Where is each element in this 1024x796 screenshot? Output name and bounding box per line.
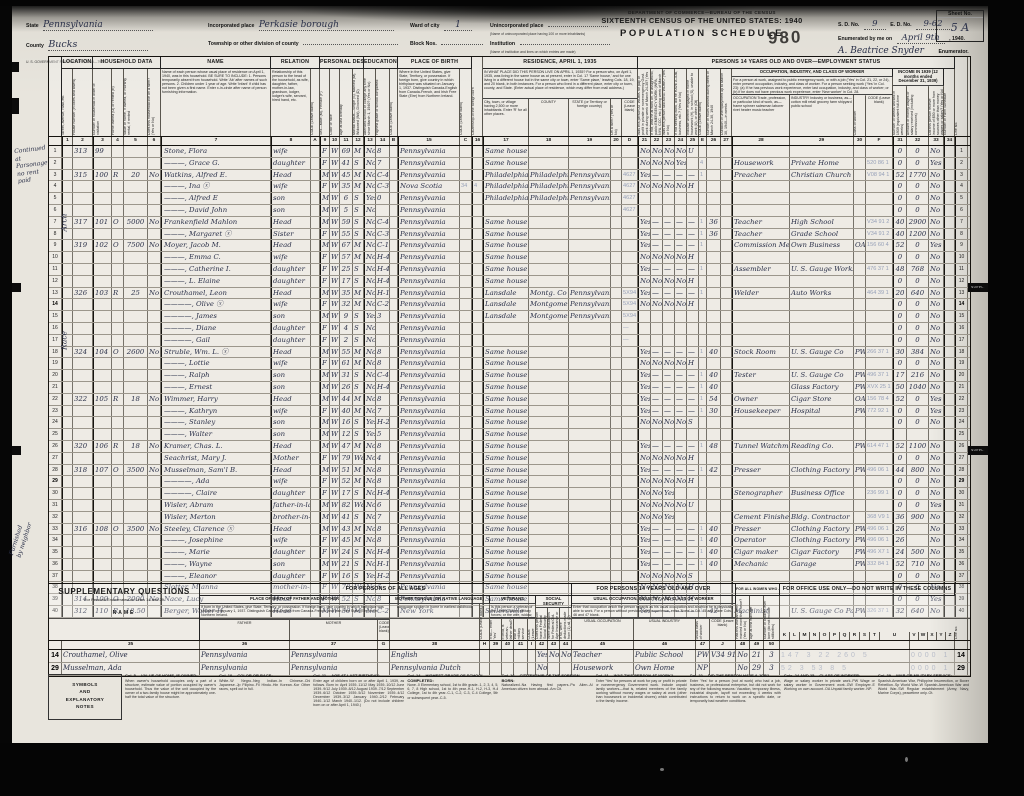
cell-hn: 324 [73,347,93,358]
supp-cell-cg [378,650,390,662]
cell-rn: 22 [955,394,968,405]
cell-nm: Moyer, Jacob M. [161,240,271,251]
cell-sc: No [364,205,376,216]
supp-col-number-ln [49,641,62,649]
cell-cw [854,146,866,157]
cell-r3 [569,335,611,346]
cell-fs [944,535,955,546]
cell-f20 [611,417,622,428]
cell-wk: 0 [893,488,907,499]
cell-k [866,252,893,263]
cell-nm: ———, Emma C. [161,252,271,263]
cell-oi: No [929,181,944,192]
cell-f4: — [675,547,687,558]
cell-ln: 11 [49,264,62,275]
cell-kb [390,217,398,228]
cell-r2 [529,453,569,464]
cell-sc: No [364,240,376,251]
cell-cl: W [330,394,340,405]
cell-r1: Same house [483,146,529,157]
column-note: Sex—Male (M), Female (F) [320,69,330,136]
cell-f3: — [663,394,675,405]
occupation-subcols: OCCUPATION Trade, profession, or particu… [732,95,893,136]
cell-oi: No [929,358,944,369]
cell-f5: H [687,358,699,369]
cell-wk: 0 [893,453,907,464]
column-note: CODE (Leave blank) [460,69,472,136]
cell-ct: 4 [472,181,483,192]
cell-nm: ———, Lottie [161,358,271,369]
cell-ms: S [353,512,364,523]
cell-k [866,453,893,464]
supp-col-number-v3: 41 [514,641,528,649]
cell-fs [944,559,955,570]
cell-kb [390,264,398,275]
cell-or: O [112,347,124,358]
cell-nm: ———, Walter [161,429,271,440]
table-row: 2———, Grace G.daughterFW41SNo7Pennsylvan… [49,158,970,170]
cell-k [866,476,893,487]
cell-or [112,158,124,169]
cell-oi: No [929,229,944,240]
cell-kb [390,299,398,310]
table-row: 6———, David JohnsonMW5SNoPennsylvania462… [49,205,970,217]
cell-r2 [529,323,569,334]
cell-ag: 24 [340,547,353,558]
cell-fm [148,535,161,546]
supp-persons14: FOR PERSONS 14 YEARS OLD AND OVERUSUAL O… [572,584,736,640]
table-row: 35———, MariedaughterFW24SNoH-4Pennsylvan… [49,547,970,559]
cell-f1: Yes [638,394,651,405]
column-note: Does this person have a Federal Social S… [536,608,548,640]
cell-vr [124,488,148,499]
cell-sx: M [320,205,330,216]
cell-k: 496 X7 1 [866,547,893,558]
cell-ms: S [353,311,364,322]
cell-nm: ————, James [161,311,271,322]
cell-f1: Yes [638,229,651,240]
column-note: Home owned (O) or rented (R) [112,69,124,136]
cell-r1: Philadelphia [483,181,529,192]
cell-f5 [687,205,699,216]
supp-cell-ci [528,650,536,662]
cell-f4: — [675,441,687,452]
cell-st [62,571,73,582]
cell-hn [73,488,93,499]
cell-f2: No [651,512,663,523]
cell-oi: No [929,465,944,476]
cell-hn [73,406,93,417]
cell-f20 [611,465,622,476]
group-name-title: NAME [161,57,271,69]
table-row: 8———, Margaret ⓧSisterFW55SNoC-3Pennsylv… [49,229,970,241]
cell-wk: 0 [893,205,907,216]
supp-col-number-s1: 42 [536,641,548,649]
col-number-rl: 8 [271,137,311,145]
col-number-st: 1 [62,137,73,145]
margin-note-bottom: Furnished by neighbor [8,497,41,559]
supp-line-no-note: Line No. [955,584,968,640]
cell-wg: 0 [907,571,929,582]
cell-f20 [611,441,622,452]
office-letter-W: W [919,632,928,640]
cell-wg: 1200 [907,229,929,240]
cell-r1: Same house [483,217,529,228]
cell-cc [460,358,472,369]
cell-rd [622,476,638,487]
cell-r3 [569,441,611,452]
cell-pb: Pennsylvania [398,453,460,464]
cell-ka [311,299,320,310]
cell-or [112,500,124,511]
cell-f2: — [651,288,663,299]
column-note: Street, avenue, road, etc. [62,69,73,136]
group-personal-title: PERSONAL DESCRIPTION [320,57,364,69]
cell-st [62,394,73,405]
cell-rl: Head [271,347,311,358]
cell-f2 [651,335,663,346]
cell-pb: Pennsylvania [398,500,460,511]
cell-nm: ———, L. Elaine [161,276,271,287]
cell-oi: No [929,146,944,157]
population-schedule-table: LOCATIONStreet, avenue, road, etc.House … [48,56,971,619]
cell-cl: W [330,288,340,299]
column-note: Number of weeks worked in 1939 (equivale… [893,86,907,136]
cell-ln: 4 [49,181,62,192]
cell-f20 [611,335,622,346]
supp-cell-v2 [502,650,514,662]
cell-f2: No [651,488,663,499]
cell-wg: 1040 [907,382,929,393]
cell-f1: Yes [638,559,651,570]
cell-fs [944,229,955,240]
cell-rl: son [271,370,311,381]
cell-f5 [687,512,699,523]
cell-hr [707,158,721,169]
cell-fs [944,406,955,417]
cell-r3: Pennsylvania [569,311,611,322]
cell-f20 [611,181,622,192]
supp-office-title: FOR OFFICE USE ONLY—DO NOT WRITE IN THES… [780,584,955,596]
cell-fm [148,181,161,192]
cell-nm: ———, Catherine I. [161,264,271,275]
cell-kb [390,358,398,369]
cell-in [790,252,854,263]
col-number-cc: C [460,137,472,145]
cell-ln: 23 [49,406,62,417]
margin-note-top: Continued at Parsonage no rent paid [14,144,52,185]
cell-r2: Montg. Co [529,288,569,299]
cell-ms: M [353,524,364,535]
cell-in [790,453,854,464]
cell-r2 [529,240,569,251]
cell-ln: 10 [49,252,62,263]
cell-sc: Yes [364,311,376,322]
cell-rl: daughter [271,571,311,582]
cell-wk [893,429,907,440]
cell-hr [707,252,721,263]
cell-fs [944,347,955,358]
column-note: Number of children ever born (do not inc… [764,596,780,640]
cell-ct [472,311,483,322]
cell-in: U. S. Gauge Co [790,347,854,358]
cell-ag: 43 [340,524,353,535]
cell-rn: 31 [955,500,968,511]
cell-f2: — [651,347,663,358]
supp-col-number-uc: 47 [696,641,710,649]
cell-f1: No [638,500,651,511]
cell-st [62,429,73,440]
cell-f4: — [675,524,687,535]
cell-r2 [529,465,569,476]
cell-rl: daughter [271,335,311,346]
cell-ct [472,571,483,582]
cell-r1: Philadelphia [483,193,529,204]
cell-rd: 5X94 [622,311,638,322]
cell-k [866,323,893,334]
supp-pob-group: PLACE OF BIRTH OF FATHER AND MOTHERIf bo… [200,596,390,640]
cell-or: O [112,465,124,476]
office-letter-K: K [780,632,790,640]
cell-r3: Pennsylvania [569,288,611,299]
cell-cw [854,264,866,275]
cell-ct [472,512,483,523]
supp-col-number-cj: J [710,641,736,649]
cell-ag: 55 [340,229,353,240]
cell-ke [699,488,707,499]
cell-vr: 5000 [124,217,148,228]
cell-rd: 5X94 [622,299,638,310]
cell-f3: No [663,146,675,157]
cell-ms: M [353,394,364,405]
cell-st [62,535,73,546]
supp-cell-v1 [490,650,502,662]
cell-kb [390,347,398,358]
cell-kb [390,240,398,251]
cell-fs [944,465,955,476]
cell-cl: W [330,276,340,287]
cell-rl: son [271,193,311,204]
supp-cell-m2: 21 [750,650,764,662]
cell-fs [944,429,955,440]
cell-wk: 0 [893,193,907,204]
cell-f3: — [663,240,675,251]
cell-rl: daughter [271,158,311,169]
table-header: LOCATIONStreet, avenue, road, etc.House … [49,57,970,137]
cell-f3: Yes [663,488,675,499]
cell-cl: W [330,453,340,464]
supp-cell-s1: Yes [536,650,548,662]
cell-f4: — [675,170,687,181]
cell-f1: No [638,476,651,487]
cell-kb [390,429,398,440]
column-note: Has this woman been married more than on… [736,596,750,640]
supp-cell-s3: No [560,650,572,662]
cell-oc: Housework [732,158,790,169]
sheet-label: Sheet No. [937,11,983,18]
cell-pb: Pennsylvania [398,217,460,228]
office-letter-N: N [810,632,820,640]
cell-r3 [569,429,611,440]
cell-pb: Pennsylvania [398,559,460,570]
cell-r3 [569,158,611,169]
cell-gr: H-4 [376,264,390,275]
cell-sx: M [320,524,330,535]
cell-cl: W [330,193,340,204]
cell-f3: — [663,217,675,228]
cell-ms: M [353,347,364,358]
cell-in [790,476,854,487]
cell-nm: ———, Ernest [161,382,271,393]
cell-ag: 25 [340,264,353,275]
cell-du [721,229,732,240]
cell-or [112,559,124,570]
cell-kb [390,441,398,452]
cell-ms: M [353,441,364,452]
cell-sc: No [364,559,376,570]
cell-f1 [638,311,651,322]
cell-k [866,299,893,310]
cell-f2: — [651,229,663,240]
cell-wk: 0 [893,417,907,428]
cell-f3 [663,205,675,216]
block-value [441,37,483,45]
county-label: County [26,43,44,49]
cell-or: R [112,394,124,405]
cell-hh [93,512,112,523]
cell-rd [622,547,638,558]
cell-pb: Pennsylvania [398,146,460,157]
cell-pb: Pennsylvania [398,288,460,299]
cell-or [112,205,124,216]
cell-ag: 40 [340,406,353,417]
column-note: CODE (Leave blank) [866,95,893,136]
cell-rd [622,358,638,369]
cell-k [866,193,893,204]
cell-nm: Wisler, Abram [161,500,271,511]
cell-r1: Same house [483,240,529,251]
cell-sx: M [320,465,330,476]
cell-in [790,193,854,204]
cell-hr [707,335,721,346]
cell-fs [944,276,955,287]
cell-ct [472,323,483,334]
cell-sx: F [320,323,330,334]
column-note: Class of worker [854,95,866,136]
supp-col-number-cg: G [378,641,390,649]
cell-cl: W [330,358,340,369]
cell-k [866,417,893,428]
cell-r3: Pennsylvania [569,193,611,204]
cell-r3 [569,559,611,570]
cell-f2: No [651,500,663,511]
cell-or [112,476,124,487]
cell-oi: No [929,311,944,322]
cell-nm: ————, Olive ⓧ [161,299,271,310]
column-note: Name of each person whose usual place of… [161,69,271,136]
cell-hn [73,205,93,216]
cell-cw: PW [854,441,866,452]
cell-fm [148,382,161,393]
cell-rl: wife [271,406,311,417]
cell-rn: 4 [955,181,968,192]
cell-sc: No [364,476,376,487]
cell-gr: 8 [376,441,390,452]
cell-r1: Same house [483,158,529,169]
cell-f4: — [675,264,687,275]
office-letter-V: V [910,632,919,640]
cell-rd [622,240,638,251]
cell-nm: ———, Ina ⓧ [161,181,271,192]
cell-st [62,488,73,499]
cell-f4 [675,323,687,334]
ward-value: 1 [444,20,472,31]
cell-du [721,146,732,157]
cell-wk: 0 [893,476,907,487]
cell-f20 [611,488,622,499]
cell-f3: Yes [663,512,675,523]
cell-fm: No [148,288,161,299]
cell-or [112,193,124,204]
cell-ke [699,476,707,487]
col-number-rn [955,137,968,145]
supp-col-number-off1 [780,641,910,649]
cell-oc [732,500,790,511]
cell-f4: No [675,299,687,310]
cell-wk: 52 [893,441,907,452]
cell-hr [707,512,721,523]
cell-wk: 0 [893,500,907,511]
cell-ag: 9 [340,311,353,322]
supp-women: FOR ALL WOMEN WHO ARE OR HAVE BEEN MARRI… [736,584,780,640]
cell-r2 [529,441,569,452]
cell-cw [854,500,866,511]
cell-ka [311,358,320,369]
cell-du [721,335,732,346]
cell-du [721,417,732,428]
cell-r1: Same house [483,476,529,487]
cell-cc [460,559,472,570]
cell-f20 [611,370,622,381]
cell-ke [699,358,707,369]
cell-f20 [611,382,622,393]
supp-cell-fa: Pennsylvania [200,650,290,662]
cell-ms: Wd [353,500,364,511]
table-row: 12———, L. ElainedaughterFW17SNoH-4Pennsy… [49,276,970,288]
cell-gr: H-4 [376,547,390,558]
column-note: CODE (Leave blank) [528,618,536,640]
cell-or [112,311,124,322]
cell-cl: W [330,382,340,393]
cell-ms: M [353,252,364,263]
cell-kb [390,453,398,464]
cell-in: U. S. Gauge Co [790,370,854,381]
cell-f5: H [687,453,699,464]
cell-cc [460,311,472,322]
cell-du [721,240,732,251]
cell-nm: Crouthamel, Leon [161,288,271,299]
cell-hr: 36 [707,217,721,228]
cell-rn: 21 [955,382,968,393]
cell-oc [732,205,790,216]
cell-oc [732,181,790,192]
cell-sx: F [320,571,330,582]
cell-oi: No [929,382,944,393]
cell-f1: No [638,417,651,428]
cell-r1: Same house [483,512,529,523]
col-number-oc: 28 [732,137,790,145]
scan-border-top [0,0,1024,6]
